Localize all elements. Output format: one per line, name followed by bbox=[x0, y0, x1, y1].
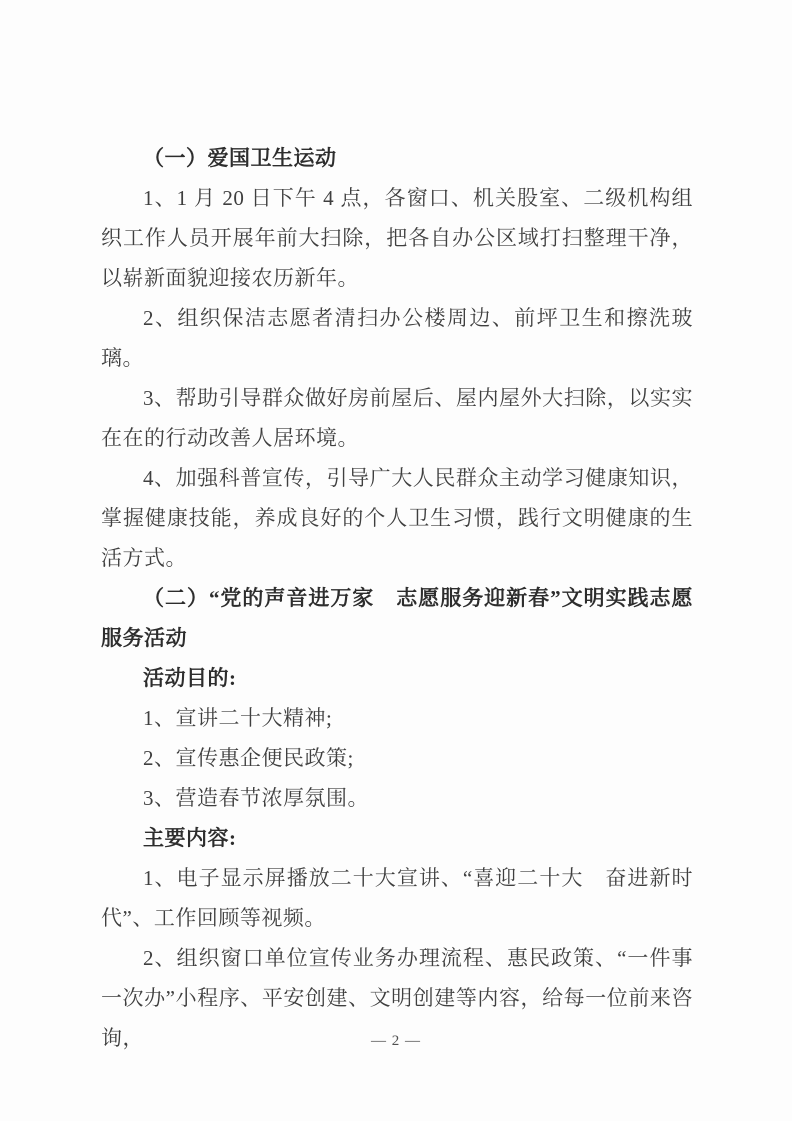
main-content-paragraph-1: 1、电子显示屏播放二十大宣讲、“喜迎二十大 奋进新时代”、工作回顾等视频。 bbox=[101, 858, 693, 938]
section-1-heading: （一）爱国卫生运动 bbox=[101, 138, 693, 178]
purpose-item-2: 2、宣传惠企便民政策; bbox=[101, 738, 693, 778]
section-1-paragraph-4: 4、加强科普宣传，引导广大人民群众主动学习健康知识，掌握健康技能，养成良好的个人… bbox=[101, 458, 693, 578]
document-page: （一）爱国卫生运动 1、1 月 20 日下午 4 点，各窗口、机关股室、二级机构… bbox=[0, 0, 792, 1121]
purpose-item-3: 3、营造春节浓厚氛围。 bbox=[101, 778, 693, 818]
document-content: （一）爱国卫生运动 1、1 月 20 日下午 4 点，各窗口、机关股室、二级机构… bbox=[101, 138, 693, 1058]
page-number: — 2 — bbox=[371, 1033, 421, 1049]
section-2-heading: （二）“党的声音进万家 志愿服务迎新春”文明实践志愿服务活动 bbox=[101, 578, 693, 658]
main-content-subheading: 主要内容: bbox=[101, 818, 693, 858]
section-1-paragraph-2: 2、组织保洁志愿者清扫办公楼周边、前坪卫生和擦洗玻璃。 bbox=[101, 298, 693, 378]
purpose-item-1: 1、宣讲二十大精神; bbox=[101, 698, 693, 738]
page-footer: — 2 — bbox=[0, 1030, 792, 1052]
section-1-paragraph-1: 1、1 月 20 日下午 4 点，各窗口、机关股室、二级机构组织工作人员开展年前… bbox=[101, 178, 693, 298]
activity-purpose-subheading: 活动目的: bbox=[101, 658, 693, 698]
section-1-paragraph-3: 3、帮助引导群众做好房前屋后、屋内屋外大扫除，以实实在在的行动改善人居环境。 bbox=[101, 378, 693, 458]
